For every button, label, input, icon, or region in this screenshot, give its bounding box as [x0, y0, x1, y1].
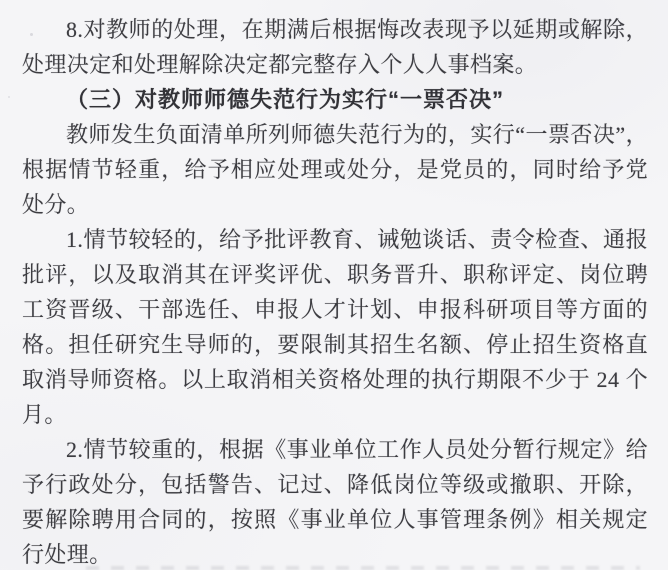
doc-line-14: 予行政处分，包括警告、记过、降低岗位等级或撤职、开除，需 [22, 467, 648, 502]
document-text-block: 8.对教师的处理，在期满后根据悔改表现予以延期或解除， 处理决定和处理解除决定都… [22, 12, 648, 570]
doc-line-5: 根据情节轻重，给予相应处理或处分，是党员的，同时给予党纪 [22, 152, 648, 187]
cutoff-next-line-artifact [86, 566, 640, 570]
doc-line-13: 2.情节较重的，根据《事业单位工作人员处分暂行规定》给 [22, 432, 648, 467]
doc-line-15: 要解除聘用合同的，按照《事业单位人事管理条例》相关规定进 [22, 502, 648, 537]
scanned-document-page: 8.对教师的处理，在期满后根据悔改表现予以延期或解除， 处理决定和处理解除决定都… [0, 0, 668, 570]
doc-line-8: 批评，以及取消其在评奖评优、职务晋升、职称评定、岗位聘用、 [22, 257, 648, 292]
doc-line-11: 取消导师资格。以上取消相关资格处理的执行期限不少于 24 个 [22, 362, 648, 397]
doc-line-9: 工资晋级、干部选任、申报人才计划、申报科研项目等方面的资 [22, 292, 648, 327]
doc-line-12: 月。 [22, 397, 648, 432]
doc-line-10: 格。担任研究生导师的，要限制其招生名额、停止招生资格直至 [22, 327, 648, 362]
scan-noise-speck [8, 96, 10, 98]
scan-noise-speck [30, 33, 33, 36]
doc-line-2: 处理决定和处理解除决定都完整存入个人人事档案。 [22, 47, 648, 82]
doc-line-4: 教师发生负面清单所列师德失范行为的，实行“一票否决”， [22, 117, 648, 152]
doc-line-1: 8.对教师的处理，在期满后根据悔改表现予以延期或解除， [22, 12, 648, 47]
doc-line-6: 处分。 [22, 187, 648, 222]
doc-line-7: 1.情节较轻的，给予批评教育、诫勉谈话、责令检查、通报 [22, 222, 648, 257]
section-heading: （三）对教师师德失范行为实行“一票否决” [22, 82, 648, 117]
